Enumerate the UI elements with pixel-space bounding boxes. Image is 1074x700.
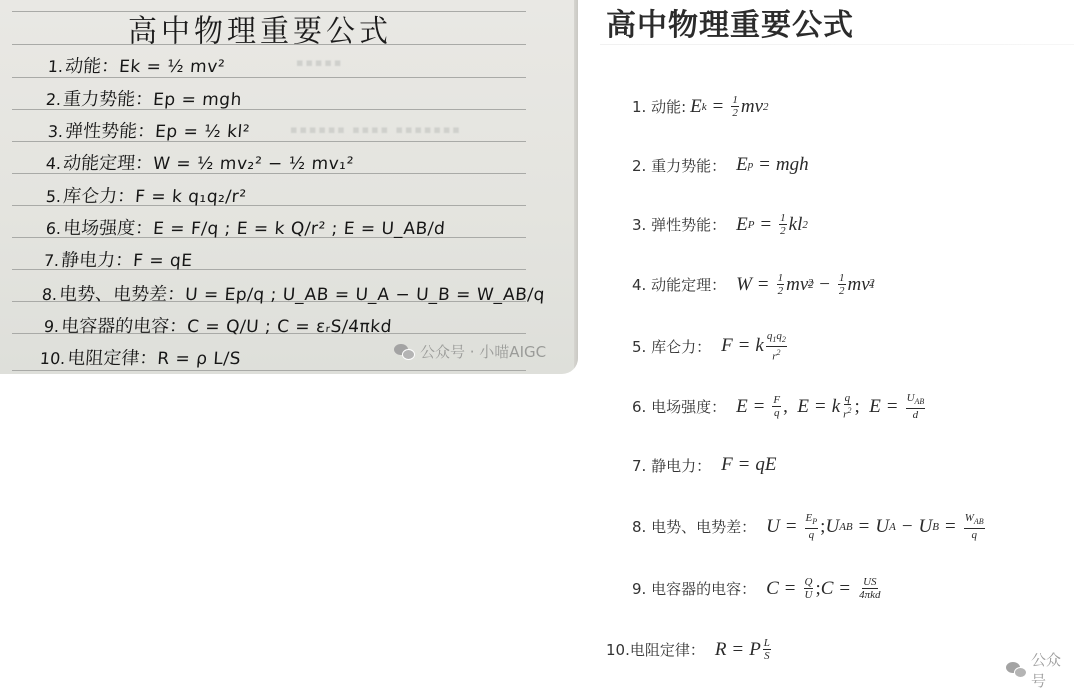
title-divider — [600, 44, 1074, 45]
handwritten-line: 1.动能：Ek = ½ mv² — [47, 52, 226, 78]
formula-item: 6. 电场强度： E=Fq, E=kqr2; E=UABd — [632, 392, 927, 421]
handwritten-line: 4.动能定理：W = ½ mv₂² − ½ mv₁² — [45, 149, 355, 175]
formula: Ep=mgh — [736, 154, 809, 176]
notebook-edge — [574, 0, 578, 374]
handwritten-line: 6.电场强度：E = F/q ; E = k Q/r² ; E = U_AB/d — [45, 214, 446, 240]
formula-item: 2. 重力势能： Ep=mgh — [632, 154, 809, 176]
handwritten-line: 2.重力势能：Ep = mgh — [45, 85, 243, 111]
handwritten-line: 10.电阻定律：R = ρ L/S — [39, 344, 242, 370]
formula: F=qE — [721, 454, 776, 476]
formula: R=PLS — [715, 637, 773, 662]
handwritten-title: 高中物理重要公式 — [128, 8, 392, 51]
watermark: 公众号 · 小喵AIGC — [394, 341, 546, 362]
wechat-icon — [1006, 661, 1027, 679]
ruled-line — [12, 370, 526, 371]
formula: E=Fq, E=kqr2; E=UABd — [736, 392, 927, 421]
formula: U=EPq;UAB=UA−UB=WABq — [766, 512, 987, 541]
formula-item: 7. 静电力： F=qE — [632, 454, 777, 476]
formula-item: 9. 电容器的电容： C=QU;C=US4πkd — [632, 576, 884, 601]
handwritten-line: 7.静电力：F = qE — [43, 246, 193, 272]
handwritten-line: 8.电势、电势差：U = Ep/q ; U_AB = U_A − U_B = W… — [41, 280, 546, 306]
formula-item: 1. 动能: Ek=12mv2 — [632, 94, 769, 119]
formula: Ek=12mv2 — [690, 94, 768, 119]
watermark: 公众号 — [1006, 649, 1074, 691]
formula: EP=12kl2 — [736, 212, 808, 237]
formula: W=12mv22−12mv12 — [736, 272, 875, 297]
formula-item: 4. 动能定理： W=12mv22−12mv12 — [632, 272, 875, 297]
bleed-through-text: ▪▪▪▪▪▪ ▪▪▪▪ ▪▪▪▪▪▪▪ — [290, 123, 462, 136]
handwritten-notes-photo: ▪▪▪▪▪ ▪▪▪▪▪▪ ▪▪▪▪ ▪▪▪▪▪▪▪ 高中物理重要公式 1.动能：… — [0, 0, 578, 374]
bleed-through-text: ▪▪▪▪▪ — [296, 56, 343, 69]
wechat-icon — [394, 343, 416, 361]
formula: F=kq1q2r2 — [721, 330, 789, 363]
formula-item: 8. 电势、电势差： U=EPq;UAB=UA−UB=WABq — [632, 512, 987, 541]
formula-item: 5. 库仑力： F=kq1q2r2 — [632, 330, 789, 363]
page-title: 高中物理重要公式 — [606, 0, 854, 44]
formula-item: 3. 弹性势能： EP=12kl2 — [632, 212, 808, 237]
formula-item: 10.电阻定律： R=PLS — [606, 637, 773, 662]
formula: C=QU;C=US4πkd — [766, 576, 883, 601]
handwritten-line: 5.库仑力：F = k q₁q₂/r² — [45, 182, 247, 208]
handwritten-line: 3.弹性势能：Ep = ½ kl² — [47, 117, 251, 143]
handwritten-line: 9.电容器的电容：C = Q/U ; C = εᵣS/4πkd — [43, 312, 393, 338]
